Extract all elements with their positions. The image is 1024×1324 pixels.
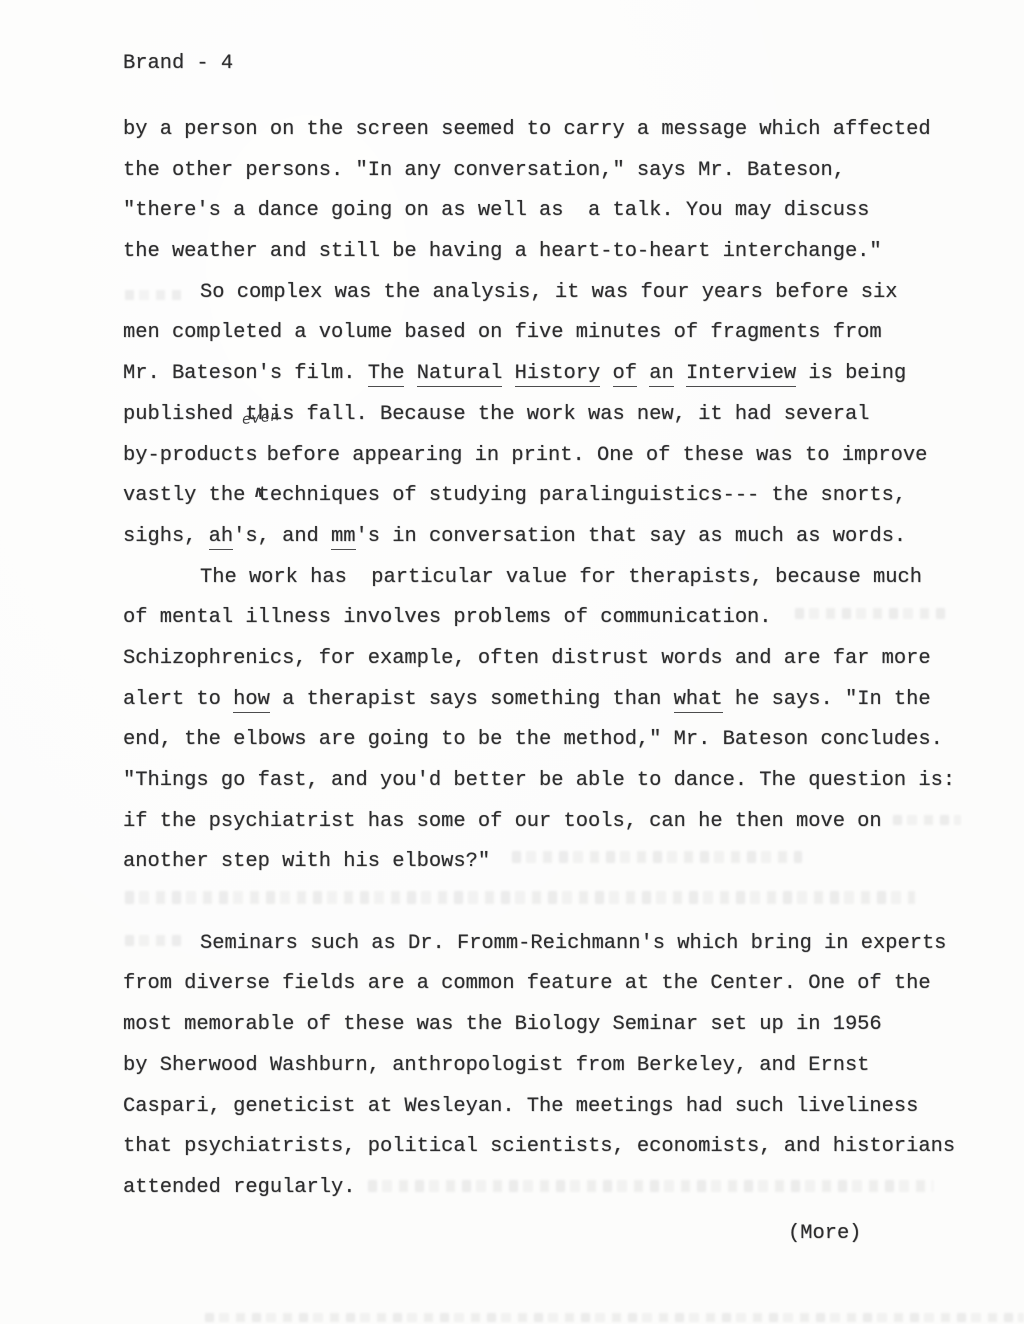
typed-text: before appearing in print. One of these … [267,444,928,467]
typed-text: 's in conversation that say as much as w… [356,525,907,548]
typed-text [404,362,416,385]
typed-line: The work has particular value for therap… [123,558,983,599]
underlined-text: how [233,688,270,713]
typed-line: vastly the techniques of studying parali… [123,476,983,517]
typed-text: Seminars such as Dr. Fromm-Reichmann's w… [200,932,946,955]
typed-line: alert to how a therapist says something … [123,680,983,721]
document-body: by a person on the screen seemed to carr… [123,110,983,1209]
typed-text: men completed a volume based on five min… [123,321,882,344]
more-indicator: (More) [788,1214,861,1255]
bleed-through-smudge [125,935,183,946]
underlined-text: Natural [417,362,503,387]
typed-text: by-products [123,444,258,467]
typed-line: from diverse fields are a common feature… [123,964,983,1005]
typed-line: sighs, ah's, and mm's in conversation th… [123,517,983,558]
typed-line: "Things go fast, and you'd better be abl… [123,761,983,802]
typed-line: the other persons. "In any conversation,… [123,151,983,192]
typed-text: from diverse fields are a common feature… [123,972,931,995]
typed-text: "Things go fast, and you'd better be abl… [123,769,955,792]
typed-text: is being [796,362,906,385]
typed-line: Mr. Bateson's film. The Natural History … [123,354,983,395]
typed-line: Caspari, geneticist at Wesleyan. The mee… [123,1087,983,1128]
underlined-text: History [515,362,601,387]
page-header: Brand - 4 [123,52,233,75]
typed-line: by a person on the screen seemed to carr… [123,110,983,151]
typed-text: by Sherwood Washburn, anthropologist fro… [123,1054,869,1077]
bleed-through-smudge [512,851,802,863]
typed-text: alert to [123,688,233,711]
typed-text: by a person on the screen seemed to carr… [123,118,931,141]
bleed-through-smudge [125,891,915,904]
underlined-text: an [649,362,673,387]
typed-text: he says. "In the [723,688,931,711]
typed-text: "there's a dance going on as well as a t… [123,199,869,222]
typed-line: Schizophrenics, for example, often distr… [123,639,983,680]
typed-text [674,362,686,385]
underlined-text: of [613,362,637,387]
typed-text: Schizophrenics, for example, often distr… [123,647,931,670]
typed-text [637,362,649,385]
typed-text: published this fall. Because the work wa… [123,403,869,426]
typed-line: by Sherwood Washburn, anthropologist fro… [123,1046,983,1087]
typed-text: that psychiatrists, political scientists… [123,1135,955,1158]
bleed-through-smudge [795,608,945,619]
typed-text: Mr. Bateson's film. [123,362,368,385]
typed-line: So complex was the analysis, it was four… [123,273,983,314]
typed-line: men completed a volume based on five min… [123,313,983,354]
document-page: Brand - 4 by a person on the screen seem… [0,0,1024,1324]
bleed-through-smudge [893,815,961,825]
typed-text: 's, and [233,525,331,548]
typed-line: that psychiatrists, political scientists… [123,1127,983,1168]
typed-line: the weather and still be having a heart-… [123,232,983,273]
insertion-caret-icon: ∧ [254,473,264,514]
handwritten-word: even [240,396,282,440]
underlined-text: Interview [686,362,796,387]
typed-text: So complex was the analysis, it was four… [200,281,897,304]
typed-line: Seminars such as Dr. Fromm-Reichmann's w… [123,924,983,965]
typed-text: the other persons. "In any conversation,… [123,159,845,182]
underlined-text: what [674,688,723,713]
typed-text: a therapist says something than [270,688,674,711]
bleed-through-smudge [368,1180,933,1192]
typed-line: "there's a dance going on as well as a t… [123,191,983,232]
bleed-through-smudge [205,1313,1024,1322]
typed-text [502,362,514,385]
typed-text: if the psychiatrist has some of our tool… [123,810,882,833]
typed-text: vastly the techniques of studying parali… [123,484,906,507]
underlined-text: The [368,362,405,387]
typed-text: end, the elbows are going to be the meth… [123,728,943,751]
typed-text: sighs, [123,525,209,548]
typed-text [600,362,612,385]
typed-line: by-productseven∧before appearing in prin… [123,436,983,477]
typed-text: the weather and still be having a heart-… [123,240,882,263]
typed-text: attended regularly. [123,1176,356,1199]
typed-text: The work has particular value for therap… [200,566,922,589]
typed-line: if the psychiatrist has some of our tool… [123,802,983,843]
underlined-text: mm [331,525,355,550]
typed-line: end, the elbows are going to be the meth… [123,720,983,761]
typed-text: of mental illness involves problems of c… [123,606,772,629]
underlined-text: ah [209,525,233,550]
handwritten-insertion: even∧ [258,459,267,460]
bleed-through-smudge [125,290,185,300]
typed-text: Caspari, geneticist at Wesleyan. The mee… [123,1095,918,1118]
typed-text: another step with his elbows?" [123,850,490,873]
typed-line: most memorable of these was the Biology … [123,1005,983,1046]
typed-text: most memorable of these was the Biology … [123,1013,882,1036]
